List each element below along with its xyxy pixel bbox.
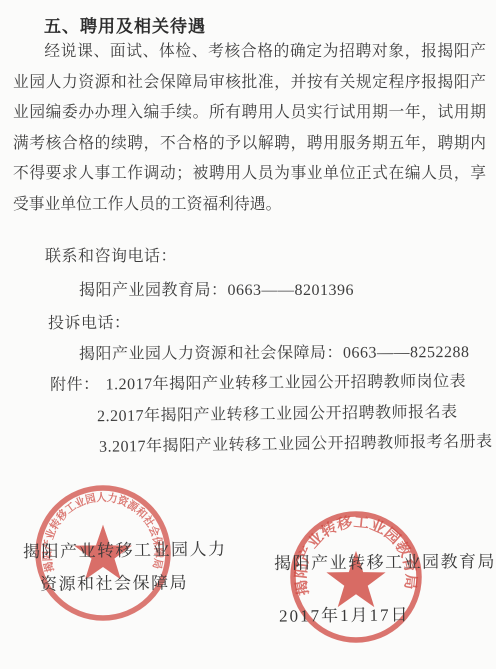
complaint-phone-line: 揭阳产业园人力资源和社会保障局：0663——8252288: [79, 339, 470, 364]
document-page: 五、聘用及相关待遇 经说课、面试、体检、考核合格的确定为招聘对象，报揭阳产业园人…: [0, 0, 496, 669]
signature-date: 2017年1月17日: [279, 600, 410, 626]
attachment-item-3: 3.2017年揭阳产业转移工业园公开招聘教师报考名册表: [99, 428, 493, 456]
attachments-label: 附件：: [50, 376, 100, 393]
section-heading: 五、聘用及相关待遇: [44, 12, 206, 37]
complaint-phone-label: 投诉电话：: [48, 310, 131, 334]
body-paragraph: 经说课、面试、体检、考核合格的确定为招聘对象，报揭阳产业园人力资源和社会保障局审…: [13, 37, 486, 221]
attachment-item-2: 2.2017年揭阳产业转移工业园公开招聘教师报名表: [97, 399, 458, 426]
attachments-row: 附件：1.2017年揭阳产业转移工业园公开招聘教师岗位表: [50, 368, 466, 395]
attachment-item-1: 1.2017年揭阳产业转移工业园公开招聘教师岗位表: [105, 373, 466, 393]
signature-left-line1: 揭阳产业转移工业园人力: [23, 535, 227, 563]
contact-phone-line: 揭阳产业园教育局：0663——8201396: [79, 277, 354, 300]
signature-left-line2: 资源和社会保障局: [40, 568, 188, 595]
signature-right-name: 揭阳产业转移工业园教育局: [274, 547, 496, 574]
contact-phone-label: 联系和咨询电话：: [45, 243, 177, 266]
